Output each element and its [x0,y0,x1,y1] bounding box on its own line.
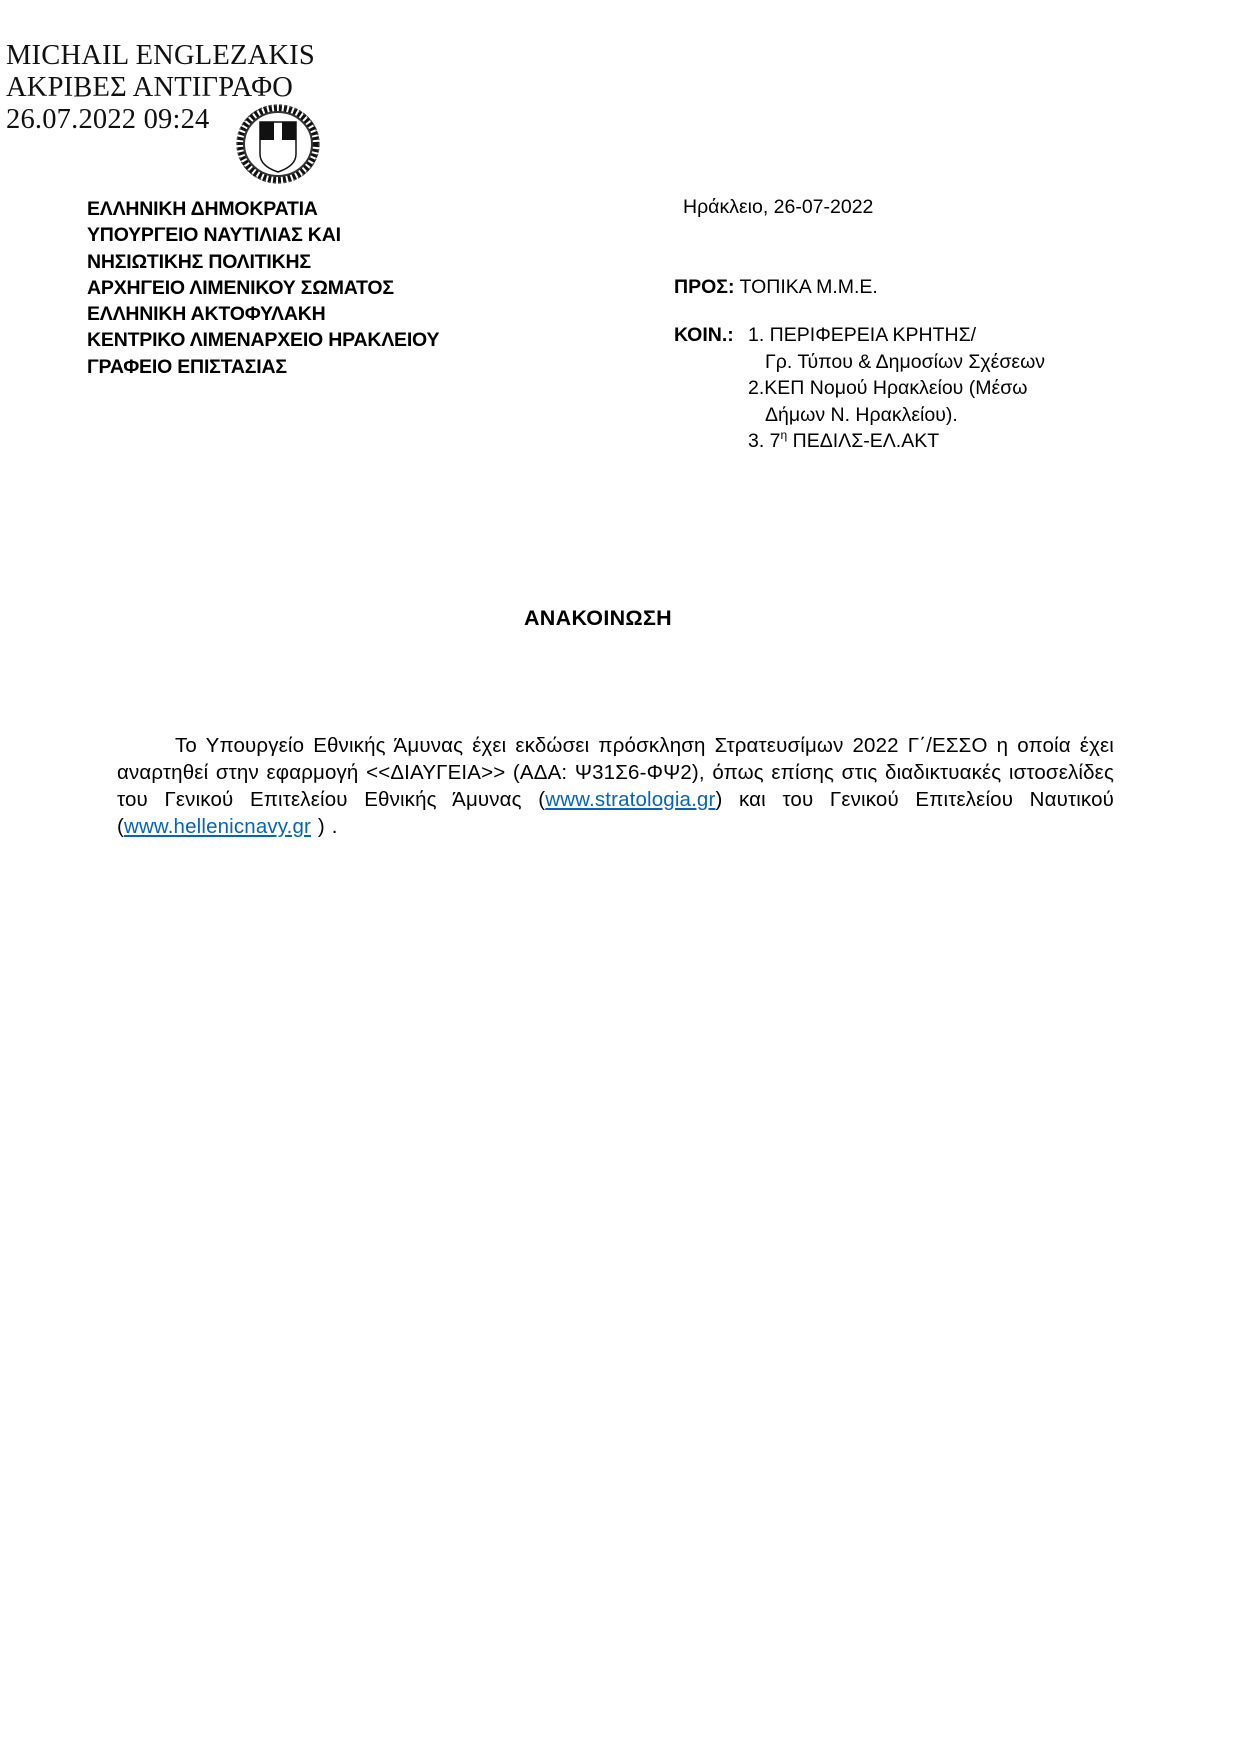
document-title: ΑΝΑΚΟΙΝΩΣΗ [0,605,1196,631]
issuing-authority: ΕΛΛΗΝΙΚΗ ΔΗΜΟΚΡΑΤΙΑ ΥΠΟΥΡΓΕΙΟ ΝΑΥΤΙΛΙΑΣ … [87,196,439,380]
authority-line: ΑΡΧΗΓΕΙΟ ΛΙΜΕΝΙΚΟΥ ΣΩΜΑΤΟΣ [87,275,439,301]
recipient-to-label: ΠΡΟΣ: [674,276,734,298]
signer-name: MICHAIL ENGLEZAKIS [6,40,315,72]
greek-coat-of-arms-icon [236,104,320,184]
authority-line: ΝΗΣΙΩΤΙΚΗΣ ΠΟΛΙΤΙΚΗΣ [87,249,439,275]
cc-item-continuation: Δήμων Ν. Ηρακλείου). [765,402,958,429]
recipient-to: ΠΡΟΣ: ΤΟΠΙΚΑ Μ.Μ.Ε. [674,274,878,300]
cc-item: 1. ΠΕΡΙΦΕΡΕΙΑ ΚΡΗΤΗΣ/ [748,322,976,349]
cc-item: 2.ΚΕΠ Νομού Ηρακλείου (Μέσω [748,375,1027,402]
cc-item: 3. 7η ΠΕΔΙΛΣ-ΕΛ.ΑΚΤ [748,428,939,455]
body-text-part: ) . [311,815,338,838]
authority-line: ΚΕΝΤΡΙΚΟ ΛΙΜΕΝΑΡΧΕΙΟ ΗΡΑΚΛΕΙΟΥ [87,327,439,353]
certification-label: ΑΚΡΙΒΕΣ ΑΝΤΙΓΡΑΦΟ [6,72,315,104]
stratologia-link[interactable]: www.stratologia.gr [545,788,715,811]
recipient-to-value: ΤΟΠΙΚΑ Μ.Μ.Ε. [734,276,877,298]
authority-line: ΓΡΑΦΕΙΟ ΕΠΙΣΤΑΣΙΑΣ [87,354,439,380]
authority-line: ΕΛΛΗΝΙΚΗ ΑΚΤΟΦΥΛΑΚΗ [87,301,439,327]
recipient-cc-label: ΚΟΙΝ.: [674,322,734,349]
authority-line: ΕΛΛΗΝΙΚΗ ΔΗΜΟΚΡΑΤΙΑ [87,196,439,222]
announcement-body: Το Υπουργείο Εθνικής Άμυνας έχει εκδώσει… [117,732,1114,840]
hellenicnavy-link[interactable]: www.hellenicnavy.gr [124,815,311,838]
authority-line: ΥΠΟΥΡΓΕΙΟ ΝΑΥΤΙΛΙΑΣ ΚΑΙ [87,222,439,248]
cc-item-continuation: Γρ. Τύπου & Δημοσίων Σχέσεων [765,349,1045,376]
place-date: Ηράκλειο, 26-07-2022 [683,194,873,220]
